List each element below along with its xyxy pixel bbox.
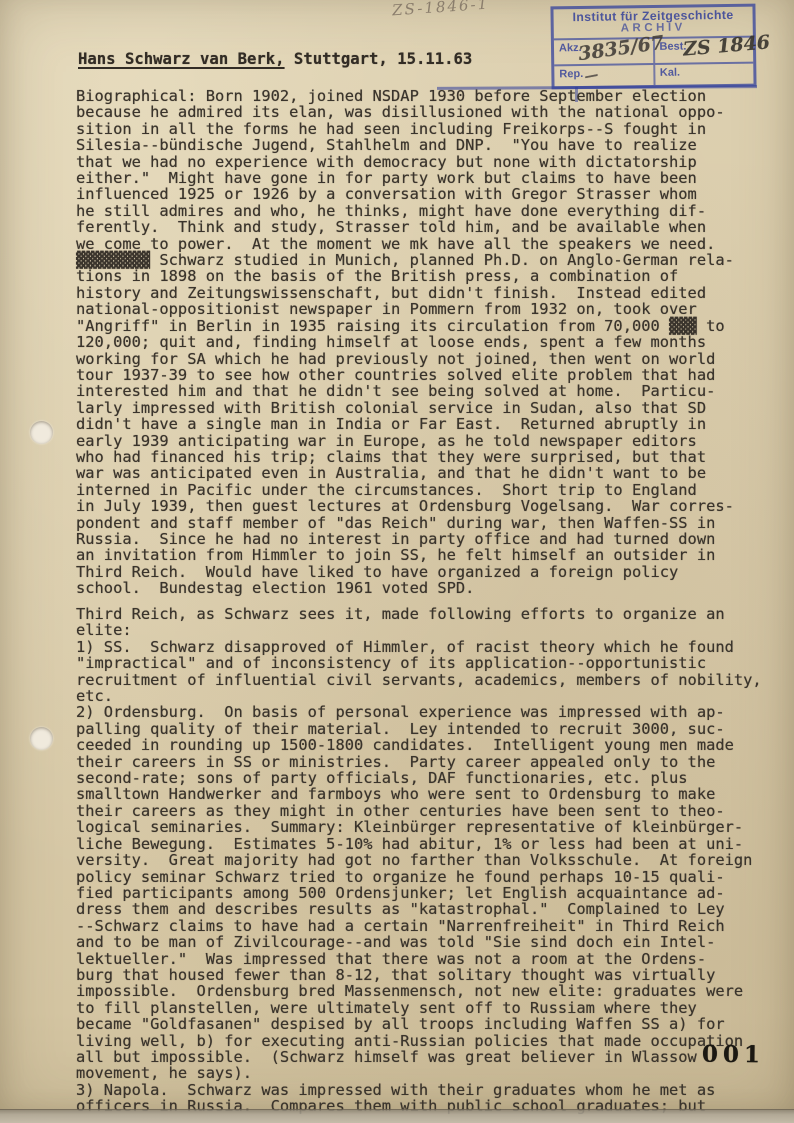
punch-hole-bottom [30,727,53,750]
heading-name: Hans Schwarz van Berk, [78,50,285,68]
kal-label: Kal. [660,67,680,79]
archive-stamp: Institut für Zeitgeschichte ARCHIV Akz. … [550,4,756,90]
akt-cell: Akz. 3835/67 [554,39,655,64]
page-title: Hans Schwarz van Berk, Stuttgart, 15.11.… [78,50,472,68]
page-number-stamp: 001 [702,1041,765,1069]
rep-cell: Rep. — [554,65,655,86]
best-cell: Best. ZS 1846 [654,38,753,63]
rep-label: Rep. [559,68,583,80]
archive-stamp-row-1: Akz. 3835/67 Best. ZS 1846 [554,38,753,67]
heading-rest: Stuttgart, 15.11.63 [285,50,473,68]
kal-cell: Kal. [655,64,754,85]
pencil-note: ZS-1846-1 [391,0,489,19]
archive-stamp-row-2: Rep. — Kal. [554,64,753,87]
body-paragraph-third-reich-elite: Third Reich, as Schwarz sees it, made fo… [76,606,762,1115]
punch-hole-top [30,421,53,444]
rep-handwritten-value: — [583,67,600,85]
body-paragraph-biographical: Biographical: Born 1902, joined NSDAP 19… [76,88,734,597]
scan-bottom-edge [0,1109,794,1123]
document-page: ZS-1846-1 Institut für Zeitgeschichte AR… [0,0,794,1123]
